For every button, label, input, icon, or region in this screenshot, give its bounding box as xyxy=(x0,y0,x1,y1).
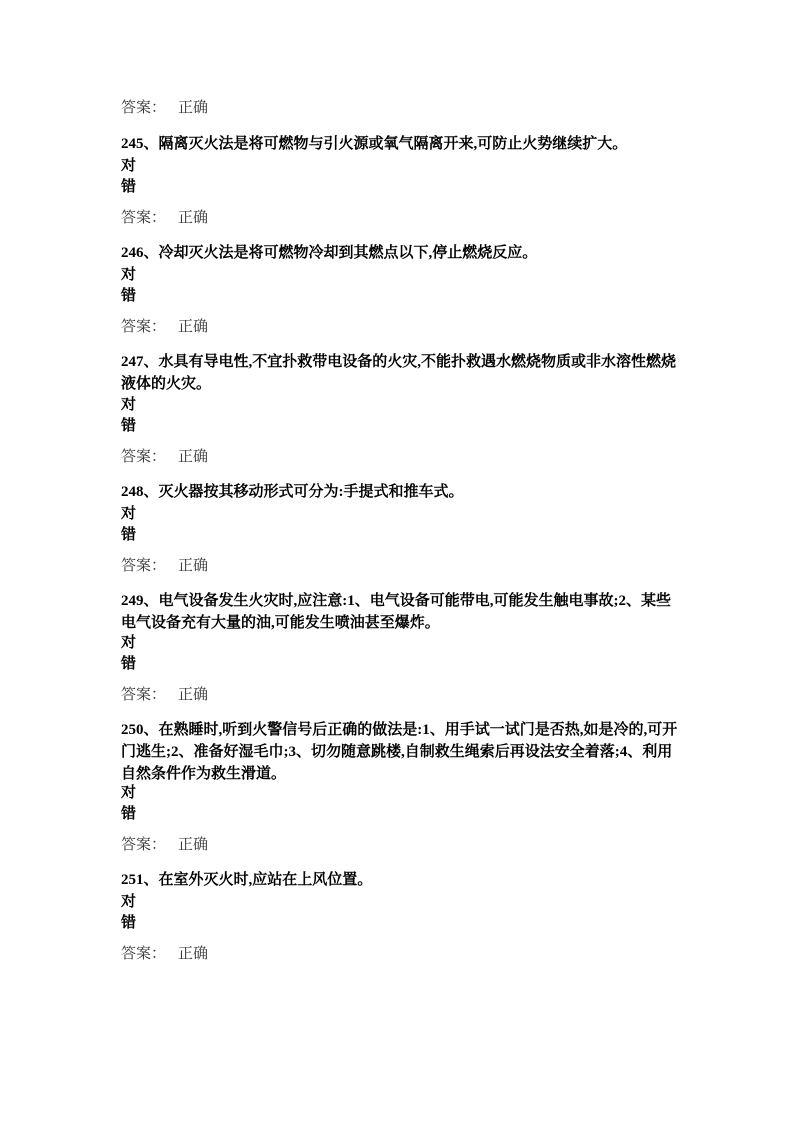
answer-line-248: 答案：正确 xyxy=(121,554,208,575)
answer-line-250: 答案：正确 xyxy=(121,833,208,854)
answer-value: 正确 xyxy=(178,558,208,574)
answer-line-245: 答案：正确 xyxy=(121,206,208,227)
answer-value: 正确 xyxy=(178,449,208,465)
question-247-text: 247、水具有导电性,不宜扑救带电设备的火灾,不能扑救遇水燃烧物质或非水溶性燃烧… xyxy=(121,351,681,395)
option-false: 错 xyxy=(121,415,136,437)
option-true: 对 xyxy=(121,891,136,913)
answer-value: 正确 xyxy=(178,687,208,703)
answer-line-247: 答案：正确 xyxy=(121,445,208,466)
answer-value: 正确 xyxy=(178,210,208,226)
option-true: 对 xyxy=(121,394,136,416)
answer-label: 答案： xyxy=(121,206,178,227)
answer-value: 正确 xyxy=(178,837,208,853)
option-true: 对 xyxy=(121,632,136,654)
option-false: 错 xyxy=(121,653,136,675)
question-248-text: 248、灭火器按其移动形式可分为:手提式和推车式。 xyxy=(121,481,681,503)
answer-label: 答案： xyxy=(121,315,178,336)
answer-label: 答案： xyxy=(121,833,178,854)
question-245-text: 245、隔离灭火法是将可燃物与引火源或氧气隔离开来,可防止火势继续扩大。 xyxy=(121,133,681,155)
option-false: 错 xyxy=(121,285,136,307)
answer-value: 正确 xyxy=(178,319,208,335)
answer-label: 答案： xyxy=(121,683,178,704)
answer-line-244: 答案：正确 xyxy=(121,96,208,117)
option-true: 对 xyxy=(121,155,136,177)
answer-label: 答案： xyxy=(121,942,178,963)
answer-line-249: 答案：正确 xyxy=(121,683,208,704)
option-true: 对 xyxy=(121,503,136,525)
answer-label: 答案： xyxy=(121,554,178,575)
option-true: 对 xyxy=(121,264,136,286)
question-246-text: 246、冷却灭火法是将可燃物冷却到其燃点以下,停止燃烧反应。 xyxy=(121,242,681,264)
question-251-text: 251、在室外灭火时,应站在上风位置。 xyxy=(121,869,681,891)
question-249-text: 249、电气设备发生火灾时,应注意:1、电气设备可能带电,可能发生触电事故;2、… xyxy=(121,590,681,634)
option-false: 错 xyxy=(121,524,136,546)
option-false: 错 xyxy=(121,176,136,198)
answer-label: 答案： xyxy=(121,96,178,117)
option-true: 对 xyxy=(121,782,136,804)
option-false: 错 xyxy=(121,803,136,825)
question-250-text: 250、在熟睡时,听到火警信号后正确的做法是:1、用手试一试门是否热,如是冷的,… xyxy=(121,719,681,785)
answer-value: 正确 xyxy=(178,946,208,962)
answer-value: 正确 xyxy=(178,100,208,116)
option-false: 错 xyxy=(121,912,136,934)
answer-line-251: 答案：正确 xyxy=(121,942,208,963)
answer-label: 答案： xyxy=(121,445,178,466)
answer-line-246: 答案：正确 xyxy=(121,315,208,336)
